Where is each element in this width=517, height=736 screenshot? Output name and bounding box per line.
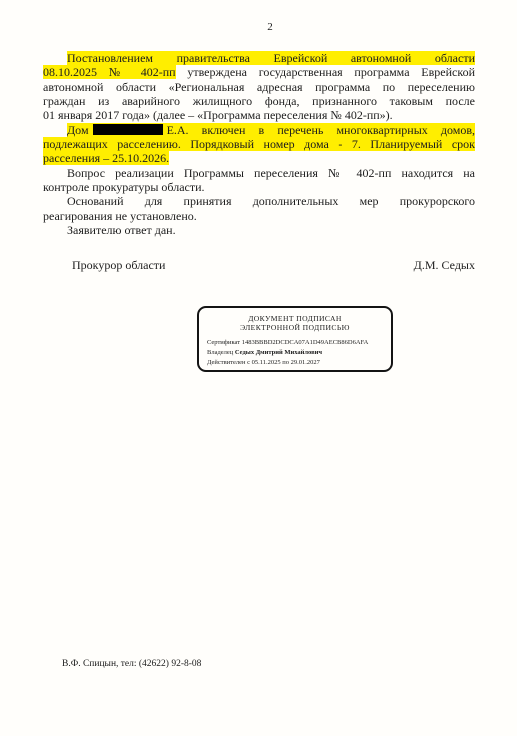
paragraph-1-line-5: 01 января 2017 года» (далее – «Программа… (43, 108, 475, 122)
stamp-title-line-2: ЭЛЕКТРОННОЙ ПОДПИСЬЮ (205, 323, 385, 332)
body-text: Оснований для принятия дополнительных ме… (67, 194, 475, 208)
body-text: реагирования не установлено. (43, 209, 197, 223)
paragraph-5-line-1: Заявителю ответ дан. (43, 223, 475, 237)
paragraph-3-line-2: контроле прокуратуры области. (43, 180, 475, 194)
signer-name: Д.М. Седых (414, 258, 475, 273)
stamp-certificate-line: Сертификат 1483BBBD2DCDCA07A1D49AECB86D6… (205, 338, 385, 348)
signer-position: Прокурор области (72, 258, 165, 273)
body-text: автономной области «Региональная адресна… (43, 80, 475, 94)
paragraph-1-line-1: Постановлением правительства Еврейской а… (43, 51, 475, 65)
paragraph-4-line-1: Оснований для принятия дополнительных ме… (43, 194, 475, 208)
redaction-bar (93, 124, 163, 135)
stamp-owner-line: Владелец Седых Дмитрий Михайлович (205, 348, 385, 358)
body-text: граждан из аварийного жилищного фонда, п… (43, 94, 475, 108)
highlighted-text: Постановлением правительства Еврейской а… (67, 51, 475, 65)
certificate-label: Сертификат (207, 339, 240, 346)
owner-label: Владелец (207, 349, 233, 356)
body-text: контроле прокуратуры области. (43, 180, 205, 194)
body-text: 01 января 2017 года» (далее – «Программа… (43, 108, 393, 122)
stamp-validity-line: Действителен с 05.11.2025 по 29.01.2027 (205, 358, 385, 368)
letter-body: Постановлением правительства Еврейской а… (43, 51, 475, 237)
stamp-title-line-1: ДОКУМЕНТ ПОДПИСАН (205, 314, 385, 323)
paragraph-2-line-1: ДомЕ.А. включен в перечень многоквартирн… (43, 123, 475, 137)
certificate-value: 1483BBBD2DCDCA07A1D49AECB86D6AFA (242, 339, 369, 346)
highlighted-text: расселения – 25.10.2026. (43, 151, 169, 165)
paragraph-4-line-2: реагирования не установлено. (43, 209, 475, 223)
stamp-title: ДОКУМЕНТ ПОДПИСАН ЭЛЕКТРОННОЙ ПОДПИСЬЮ (205, 314, 385, 332)
highlighted-text: подлежащих расселению. Порядковый номер … (43, 137, 475, 151)
paragraph-2-line-3: расселения – 25.10.2026. (43, 151, 475, 165)
body-text: Е.А. включен в перечень многоквартирных … (167, 123, 475, 137)
highlighted-text: 08.10.2025 № 402-пп (43, 65, 176, 79)
electronic-signature-stamp: ДОКУМЕНТ ПОДПИСАН ЭЛЕКТРОННОЙ ПОДПИСЬЮ С… (197, 306, 393, 372)
paragraph-3-line-1: Вопрос реализации Программы переселения … (43, 166, 475, 180)
executor-contact: В.Ф. Спицын, тел: (42622) 92-8-08 (62, 659, 201, 669)
document-page: 2 Постановлением правительства Еврейской… (0, 0, 517, 736)
paragraph-1-line-2: 08.10.2025 № 402-пп утверждена государст… (43, 65, 475, 79)
owner-name: Седых Дмитрий Михайлович (235, 349, 322, 356)
body-text: Заявителю ответ дан. (67, 223, 176, 237)
body-text: Вопрос реализации Программы переселения … (67, 166, 475, 180)
signature-row: Прокурор области Д.М. Седых (72, 258, 475, 273)
paragraph-1-line-4: граждан из аварийного жилищного фонда, п… (43, 94, 475, 108)
paragraph-1-line-3: автономной области «Региональная адресна… (43, 80, 475, 94)
paragraph-2-line-2: подлежащих расселению. Порядковый номер … (43, 137, 475, 151)
body-text: Дом (67, 123, 89, 137)
highlighted-text: ДомЕ.А. включен в перечень многоквартирн… (67, 123, 475, 137)
body-text: утверждена государственная программа Евр… (176, 65, 475, 79)
page-number: 2 (0, 21, 517, 33)
